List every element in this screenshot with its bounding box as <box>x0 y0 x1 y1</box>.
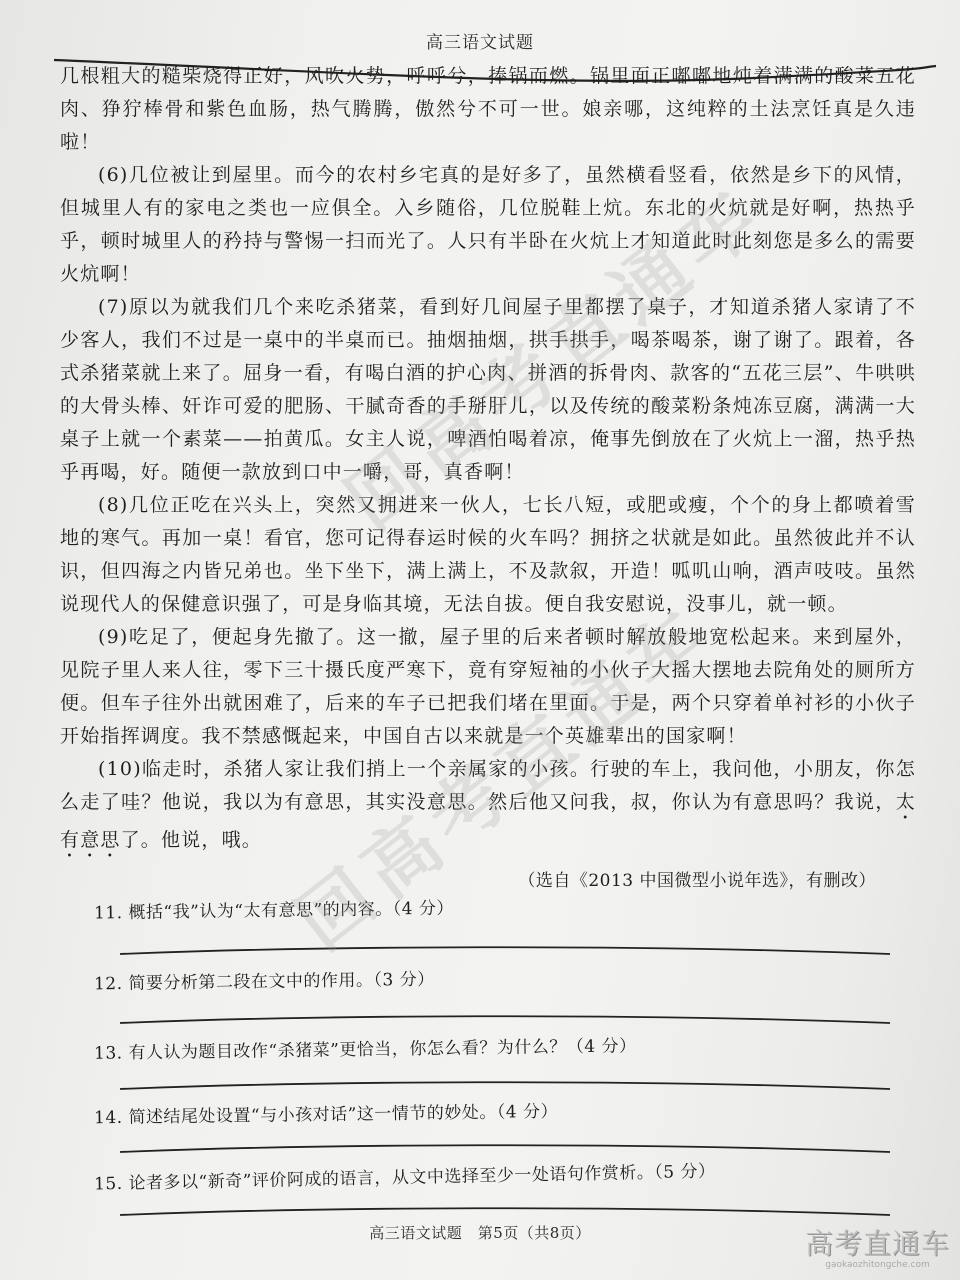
logo-name: 高考直通车 <box>805 1228 950 1260</box>
answer-line-14[interactable] <box>120 1142 890 1154</box>
paragraph-number: (7) <box>98 296 129 318</box>
paragraph-10: (10)临走时，杀猪人家让我们捎上一个亲属家的小孩。行驶的车上，我问他，小朋友，… <box>60 753 916 862</box>
paragraph-6: (6)几位被让到屋里。而今的农村乡宅真的是好多了，虽然横看竖看，依然是乡下的风情… <box>60 159 916 291</box>
answer-line-11[interactable] <box>120 944 890 956</box>
question-14: 14. 简述结尾处设置“与小孩对话”这一情节的妙处。（4 分） <box>94 1097 558 1128</box>
question-15: 15. 论者多以“新奇”评价阿成的语言，从文中选择至少一处语句作赏析。（5 分） <box>94 1156 716 1194</box>
passage: 几根粗大的糙柴烧得正好，风吹火势，呼呼兮，捧锅而燃。锅里面正嘟嘟地炖着满满的酸菜… <box>60 60 916 862</box>
paragraph-number: (8) <box>98 494 129 516</box>
paragraph-8: (8)几位正吃在兴头上，突然又拥进来一伙人，七长八短，或肥或瘦，个个的身上都喷着… <box>60 489 916 621</box>
answer-line-15[interactable] <box>120 1205 890 1217</box>
paragraph-9: (9)吃足了，便起身先撤了。这一撤，屋子里的后来者顿时解放般地宽松起来。来到屋外… <box>60 621 916 753</box>
answer-line-12[interactable] <box>120 1013 890 1025</box>
logo-url: gaokaozhitongche.com <box>805 1260 950 1270</box>
paragraph-number: (10) <box>98 758 142 780</box>
paragraph-7: (7)原以为就我们几个来吃杀猪菜，看到好几间屋子里都摆了桌子，才知道杀猪人家请了… <box>60 291 916 489</box>
site-logo: 高考直通车 gaokaozhitongche.com <box>805 1228 950 1270</box>
question-12: 12. 简要分析第二段在文中的作用。（3 分） <box>94 965 435 995</box>
answer-line-13[interactable] <box>120 1079 890 1091</box>
paragraph-number: (6) <box>98 164 129 186</box>
paragraph-5-continued: 几根粗大的糙柴烧得正好，风吹火势，呼呼兮，捧锅而燃。锅里面正嘟嘟地炖着满满的酸菜… <box>60 60 916 159</box>
passage-source: （选自《2013 中国微型小说年选》，有删改） <box>518 866 876 891</box>
question-13: 13. 有人认为题目改作“杀猪菜”更恰当，你怎么看？为什么？（4 分） <box>94 1031 637 1064</box>
question-11: 11. 概括“我”认为“太有意思”的内容。（4 分） <box>94 893 454 923</box>
paragraph-number: (9) <box>98 626 129 648</box>
exam-page: 高三语文试题 几根粗大的糙柴烧得正好，风吹火势，呼呼兮，捧锅而燃。锅里面正嘟嘟地… <box>0 0 960 1280</box>
